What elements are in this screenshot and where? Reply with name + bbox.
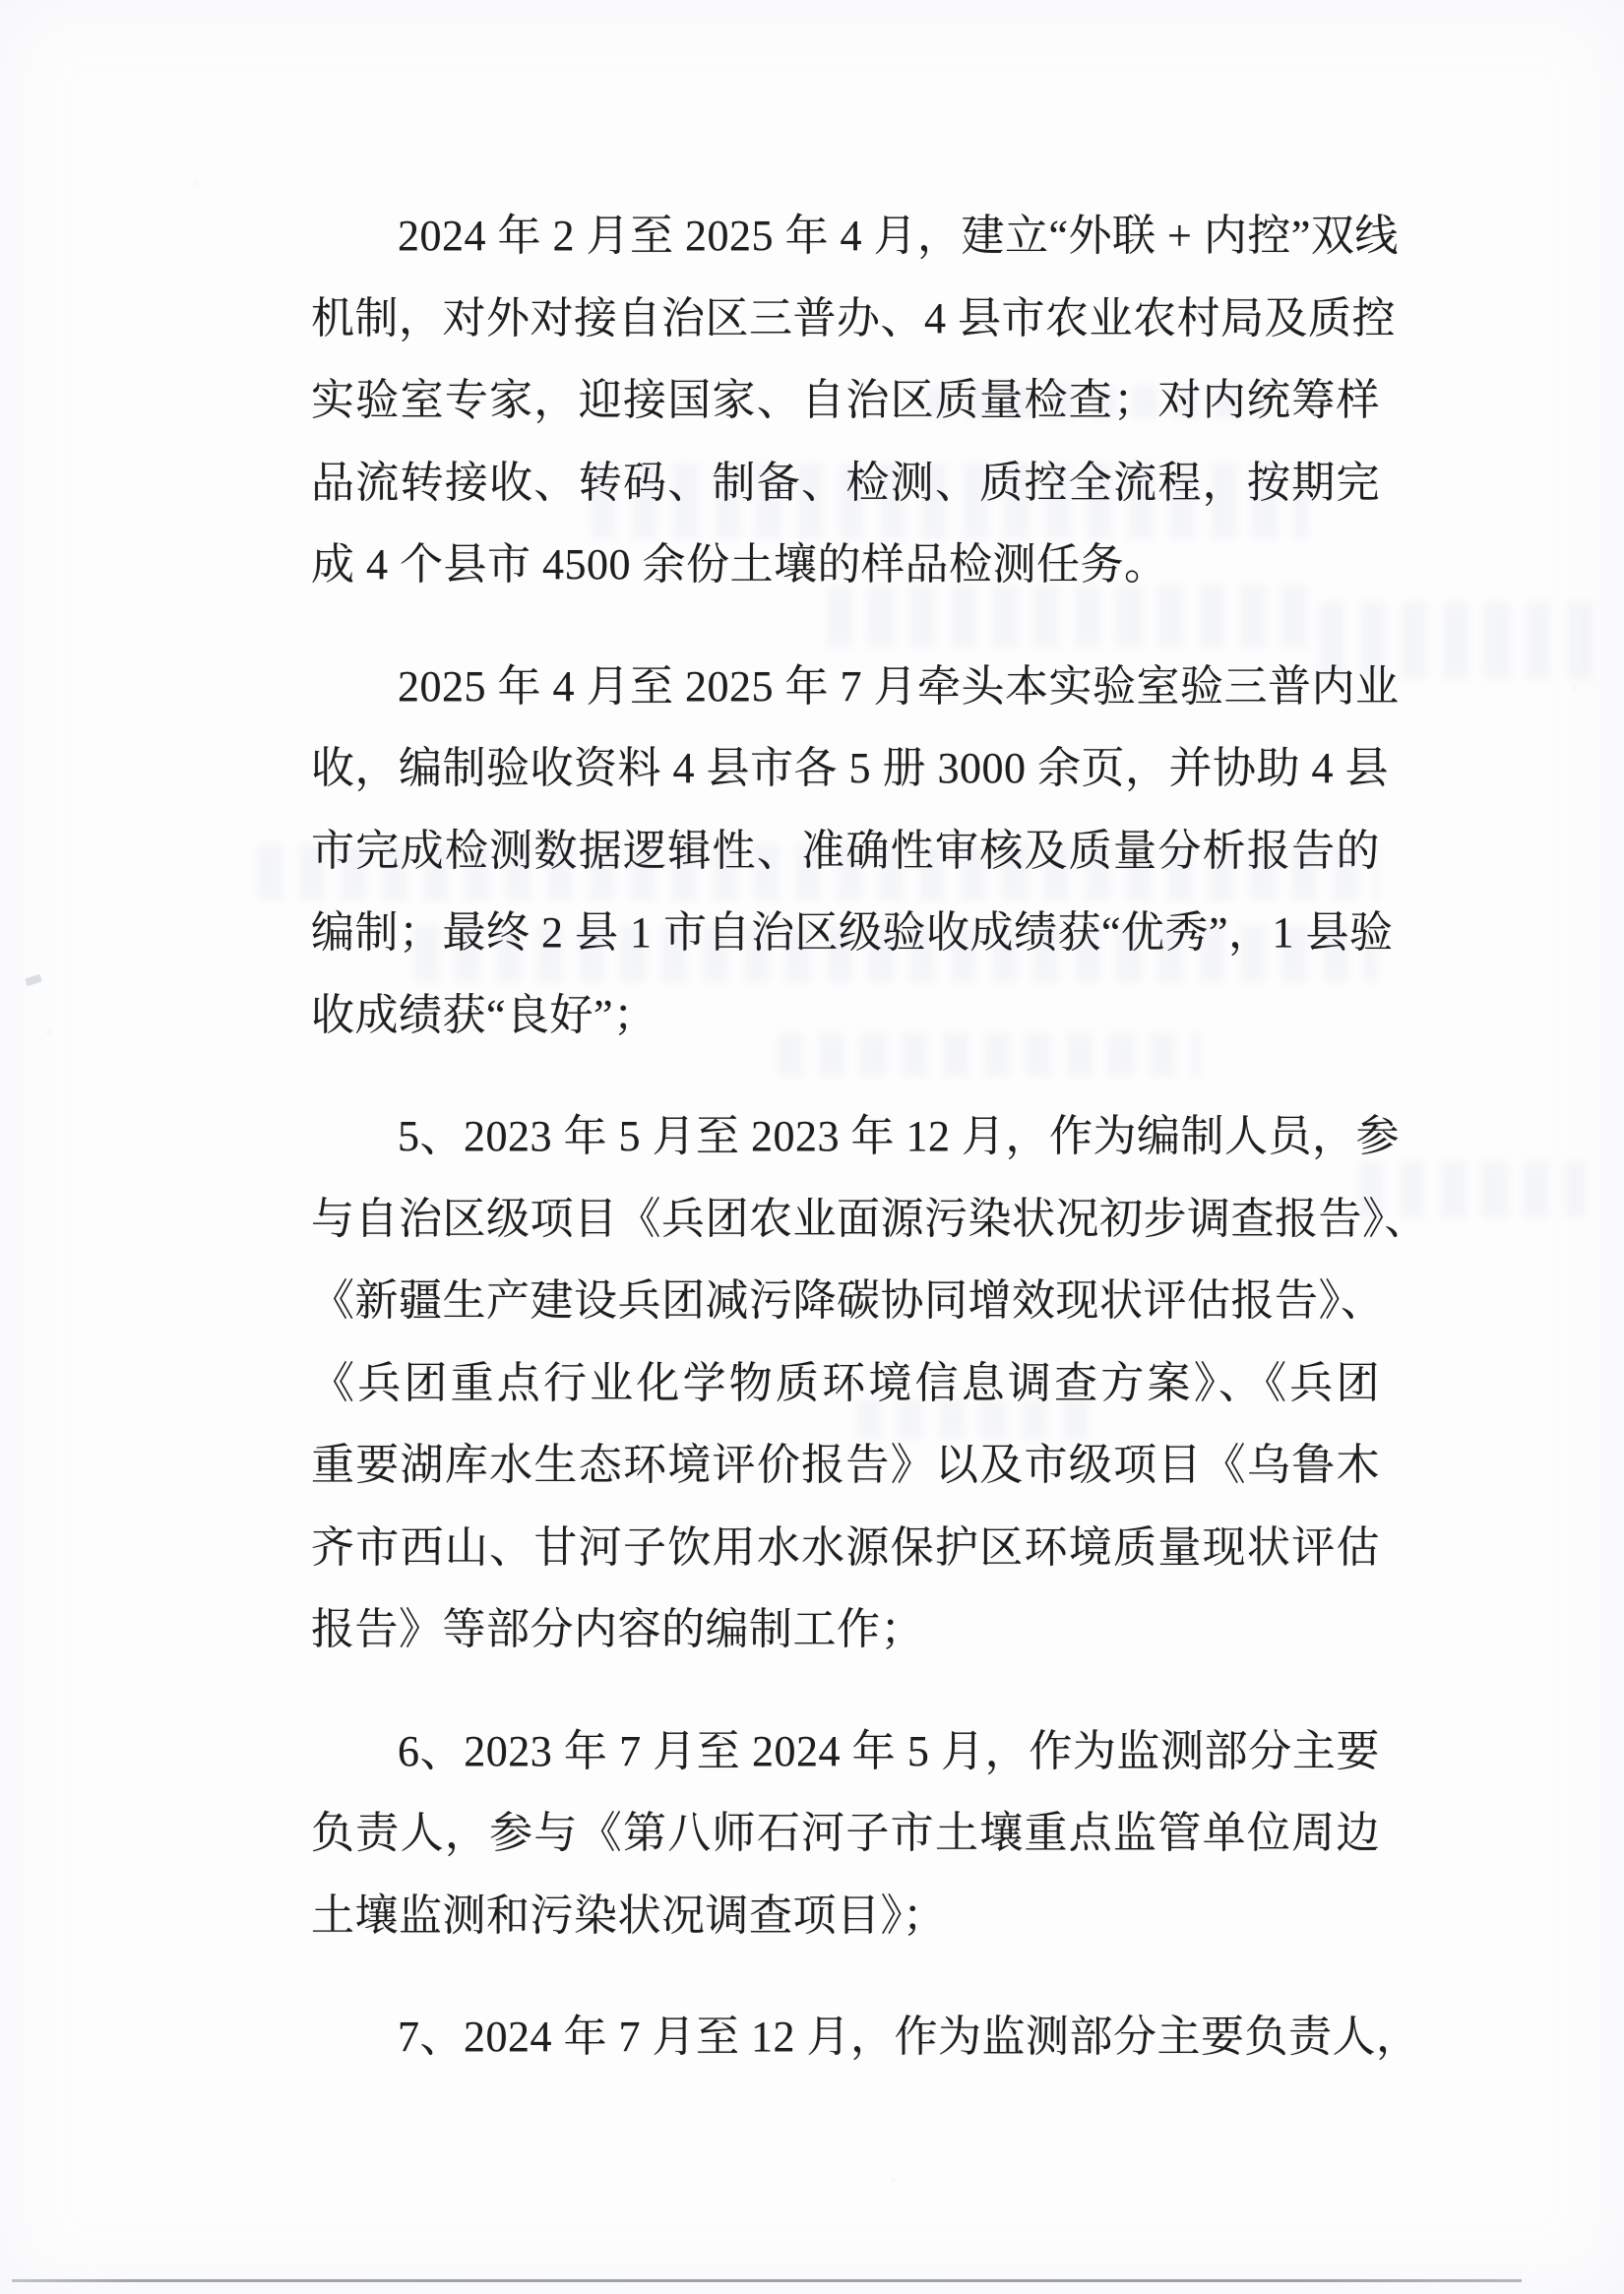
text-line: 编制；最终 2 县 1 市自治区级验收成绩获“优秀”，1 县验 bbox=[311, 892, 1380, 974]
text-line: 成 4 个县市 4500 余份土壤的样品检测任务。 bbox=[311, 524, 1380, 606]
document-body: 2024 年 2 月至 2025 年 4 月，建立“外联 + 内控”双线机制，对… bbox=[311, 195, 1380, 2118]
text-line: 品流转接收、转码、制备、检测、质控全流程，按期完 bbox=[311, 442, 1380, 525]
text-line: 收，编制验收资料 4 县市各 5 册 3000 余页，并协助 4 县 bbox=[311, 727, 1380, 810]
text-line: 《新疆生产建设兵团减污降碳协同增效现状评估报告》、 bbox=[311, 1260, 1380, 1342]
text-line: 与自治区级项目《兵团农业面源污染状况初步调查报告》、 bbox=[311, 1178, 1380, 1261]
stray-mark bbox=[25, 974, 42, 987]
text-line: 实验室专家，迎接国家、自治区质量检查；对内统筹样 bbox=[311, 359, 1380, 442]
text-line: 《兵团重点行业化学物质环境信息调查方案》、《兵团 bbox=[311, 1342, 1380, 1425]
text-line: 2024 年 2 月至 2025 年 4 月，建立“外联 + 内控”双线 bbox=[311, 195, 1380, 278]
text-line: 6、2023 年 7 月至 2024 年 5 月，作为监测部分主要 bbox=[311, 1710, 1380, 1793]
text-line: 市完成检测数据逻辑性、准确性审核及质量分析报告的 bbox=[311, 810, 1380, 893]
text-line: 2025 年 4 月至 2025 年 7 月牵头本实验室验三普内业 bbox=[311, 646, 1380, 728]
text-line: 收成绩获“良好”； bbox=[311, 974, 1380, 1057]
text-line: 土壤监测和污染状况调查项目》； bbox=[311, 1875, 1380, 1957]
paragraph: 5、2023 年 5 月至 2023 年 12 月，作为编制人员，参与自治区级项… bbox=[311, 1095, 1380, 1671]
text-line: 重要湖库水生态环境评价报告》以及市级项目《乌鲁木 bbox=[311, 1424, 1380, 1507]
paragraph: 7、2024 年 7 月至 12 月，作为监测部分主要负责人， bbox=[311, 1996, 1380, 2078]
text-line: 齐市西山、甘河子饮用水水源保护区环境质量现状评估 bbox=[311, 1507, 1380, 1589]
text-line: 负责人，参与《第八师石河子市土壤重点监管单位周边 bbox=[311, 1792, 1380, 1875]
page-bottom-edge-shadow bbox=[12, 2279, 1522, 2282]
text-line: 报告》等部分内容的编制工作； bbox=[311, 1588, 1380, 1671]
paragraph: 6、2023 年 7 月至 2024 年 5 月，作为监测部分主要负责人，参与《… bbox=[311, 1710, 1380, 1957]
text-line: 7、2024 年 7 月至 12 月，作为监测部分主要负责人， bbox=[311, 1996, 1380, 2078]
text-line: 5、2023 年 5 月至 2023 年 12 月，作为编制人员，参 bbox=[311, 1095, 1380, 1178]
text-line: 机制，对外对接自治区三普办、4 县市农业农村局及质控 bbox=[311, 278, 1380, 360]
paragraph: 2024 年 2 月至 2025 年 4 月，建立“外联 + 内控”双线机制，对… bbox=[311, 195, 1380, 606]
scanned-document-page: 2024 年 2 月至 2025 年 4 月，建立“外联 + 内控”双线机制，对… bbox=[0, 0, 1624, 2294]
paragraph: 2025 年 4 月至 2025 年 7 月牵头本实验室验三普内业收，编制验收资… bbox=[311, 646, 1380, 1057]
